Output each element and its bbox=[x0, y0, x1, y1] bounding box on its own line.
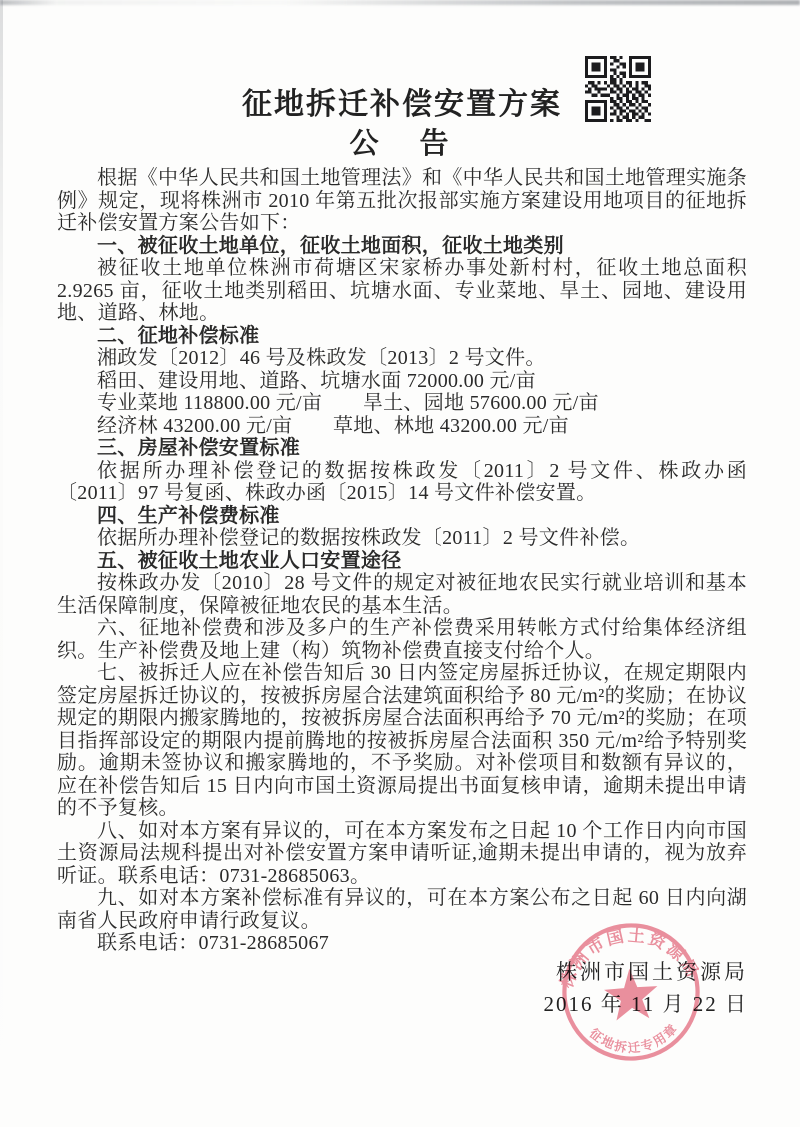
qr-module bbox=[620, 56, 623, 59]
qr-module bbox=[635, 62, 638, 65]
paragraph: 专业菜地 118800.00 元/亩 旱土、园地 57600.00 元/亩 bbox=[57, 392, 747, 415]
qr-module bbox=[613, 56, 616, 59]
qr-module bbox=[604, 69, 607, 72]
qr-module bbox=[616, 75, 619, 78]
qr-module bbox=[620, 78, 623, 81]
qr-module bbox=[645, 56, 648, 59]
qr-module bbox=[626, 81, 629, 84]
qr-module bbox=[648, 56, 651, 59]
qr-module bbox=[585, 75, 588, 78]
qr-module bbox=[588, 81, 591, 84]
qr-module bbox=[635, 81, 638, 84]
scan-edge-artifact-top bbox=[0, 0, 800, 5]
qr-module bbox=[642, 62, 645, 65]
qr-module bbox=[591, 69, 594, 72]
qr-module bbox=[645, 81, 648, 84]
qr-module bbox=[632, 75, 635, 78]
qr-module bbox=[610, 81, 613, 84]
qr-module bbox=[591, 62, 594, 65]
svg-text:征地拆迁专用章: 征地拆迁专用章 bbox=[585, 1019, 682, 1058]
qr-module bbox=[642, 81, 645, 84]
qr-module bbox=[594, 65, 597, 68]
section-heading: 一、被征收土地单位，征收土地面积，征收土地类别 bbox=[57, 235, 747, 258]
qr-module bbox=[610, 75, 613, 78]
qr-module bbox=[585, 69, 588, 72]
qr-module bbox=[610, 62, 613, 65]
qr-module bbox=[604, 62, 607, 65]
seal-banner-text: 征地拆迁专用章 bbox=[585, 1019, 682, 1058]
qr-module bbox=[638, 69, 641, 72]
qr-module bbox=[588, 56, 591, 59]
qr-module bbox=[648, 62, 651, 65]
qr-module bbox=[638, 65, 641, 68]
section-heading: 二、征地补偿标准 bbox=[57, 325, 747, 348]
qr-module bbox=[598, 65, 601, 68]
qr-module bbox=[601, 56, 604, 59]
qr-module bbox=[598, 62, 601, 65]
qr-module bbox=[638, 75, 641, 78]
qr-module bbox=[620, 81, 623, 84]
signature-block: 株洲市国土资源局 2016 年 11 月 22 日 bbox=[544, 956, 748, 1020]
qr-module bbox=[648, 72, 651, 75]
qr-module bbox=[613, 81, 616, 84]
qr-module bbox=[642, 69, 645, 72]
document-subtitle: 公 告 bbox=[57, 126, 747, 162]
qr-module bbox=[585, 72, 588, 75]
scanned-document-page: 征地拆迁补偿安置方案 公 告 根据《中华人民共和国土地管理法》和《中华人民共和国… bbox=[0, 0, 800, 1127]
section-heading: 五、被征收土地农业人口安置途径 bbox=[57, 550, 747, 573]
qr-module bbox=[623, 72, 626, 75]
qr-module bbox=[648, 69, 651, 72]
qr-module bbox=[604, 56, 607, 59]
qr-module bbox=[588, 75, 591, 78]
qr-module bbox=[613, 59, 616, 62]
qr-module bbox=[585, 65, 588, 68]
paragraph: 稻田、建设用地、道路、坑塘水面 72000.00 元/亩 bbox=[57, 370, 747, 393]
qr-module bbox=[623, 65, 626, 68]
qr-module bbox=[648, 65, 651, 68]
qr-module bbox=[623, 75, 626, 78]
qr-module bbox=[594, 75, 597, 78]
qr-module bbox=[623, 62, 626, 65]
paragraph: 六、征地补偿费和涉及多户的生产补偿费采用转帐方式付给集体经济组织。生产补偿费及地… bbox=[57, 617, 747, 662]
qr-module bbox=[598, 69, 601, 72]
qr-module bbox=[642, 56, 645, 59]
document-title: 征地拆迁补偿安置方案 bbox=[57, 86, 747, 124]
qr-module bbox=[616, 59, 619, 62]
paragraph: 湘政发〔2012〕46 号及株政发〔2013〕2 号文件。 bbox=[57, 347, 747, 370]
qr-module bbox=[585, 59, 588, 62]
qr-module bbox=[632, 56, 635, 59]
paragraph: 依据所办理补偿登记的数据按株政发〔2011〕2 号文件补偿。 bbox=[57, 527, 747, 550]
qr-module bbox=[629, 62, 632, 65]
qr-module bbox=[598, 81, 601, 84]
qr-module bbox=[591, 81, 594, 84]
qr-module bbox=[604, 65, 607, 68]
qr-module bbox=[585, 56, 588, 59]
qr-module bbox=[616, 65, 619, 68]
qr-module bbox=[629, 69, 632, 72]
qr-module bbox=[648, 75, 651, 78]
paragraph: 九、如对本方案补偿标准有异议的，可在本方案公布之日起 60 日内向湖南省人民政府… bbox=[57, 887, 747, 932]
qr-module bbox=[620, 62, 623, 65]
qr-module bbox=[648, 59, 651, 62]
qr-module bbox=[620, 72, 623, 75]
qr-module bbox=[610, 56, 613, 59]
qr-module bbox=[635, 65, 638, 68]
qr-module bbox=[601, 75, 604, 78]
qr-module bbox=[613, 69, 616, 72]
qr-module bbox=[613, 78, 616, 81]
qr-module bbox=[610, 69, 613, 72]
qr-module bbox=[604, 75, 607, 78]
qr-module bbox=[604, 72, 607, 75]
qr-module bbox=[598, 75, 601, 78]
qr-module bbox=[594, 56, 597, 59]
qr-module bbox=[585, 62, 588, 65]
document-body: 根据《中华人民共和国土地管理法》和《中华人民共和国土地管理实施条例》规定，现将株… bbox=[57, 167, 747, 955]
paragraph: 八、如对本方案有异议的，可在本方案发布之日起 10 个工作日内向市国土资源局法规… bbox=[57, 820, 747, 888]
section-heading: 四、生产补偿费标准 bbox=[57, 505, 747, 528]
qr-module bbox=[594, 62, 597, 65]
paragraph: 按株政办发〔2010〕28 号文件的规定对被征地农民实行就业培训和基本生活保障制… bbox=[57, 572, 747, 617]
qr-module bbox=[635, 75, 638, 78]
qr-module bbox=[598, 56, 601, 59]
qr-module bbox=[629, 56, 632, 59]
qr-module bbox=[635, 69, 638, 72]
section-heading: 三、房屋补偿安置标准 bbox=[57, 437, 747, 460]
qr-module bbox=[613, 72, 616, 75]
qr-module bbox=[629, 75, 632, 78]
qr-module bbox=[610, 78, 613, 81]
qr-module bbox=[604, 81, 607, 84]
paragraph: 依据所办理补偿登记的数据按株政发〔2011〕2 号文件、株政办函〔2011〕97… bbox=[57, 460, 747, 505]
document-content: 征地拆迁补偿安置方案 公 告 根据《中华人民共和国土地管理法》和《中华人民共和国… bbox=[57, 86, 747, 955]
paragraph: 被征收土地单位株洲市荷塘区宋家桥办事处新村村，征收土地总面积 2.9265 亩，… bbox=[57, 257, 747, 325]
qr-module bbox=[591, 56, 594, 59]
qr-module bbox=[591, 75, 594, 78]
qr-module bbox=[604, 59, 607, 62]
qr-module bbox=[635, 56, 638, 59]
qr-module bbox=[642, 75, 645, 78]
qr-module bbox=[629, 65, 632, 68]
qr-module bbox=[638, 56, 641, 59]
qr-module bbox=[638, 62, 641, 65]
qr-module bbox=[645, 75, 648, 78]
qr-module bbox=[591, 65, 594, 68]
paragraph: 根据《中华人民共和国土地管理法》和《中华人民共和国土地管理实施条例》规定，现将株… bbox=[57, 167, 747, 235]
qr-module bbox=[642, 65, 645, 68]
qr-module bbox=[594, 69, 597, 72]
qr-module bbox=[629, 72, 632, 75]
paragraph: 七、被拆迁人应在补偿告知后 30 日内签定房屋拆迁协议，在规定期限内签定房屋拆迁… bbox=[57, 662, 747, 820]
qr-module bbox=[629, 81, 632, 84]
scan-edge-artifact-left bbox=[0, 0, 3, 1127]
signature-org: 株洲市国土资源局 bbox=[544, 956, 748, 988]
qr-module bbox=[629, 59, 632, 62]
signature-date: 2016 年 11 月 22 日 bbox=[544, 988, 748, 1020]
paragraph: 经济林 43200.00 元/亩 草地、林地 43200.00 元/亩 bbox=[57, 415, 747, 438]
paragraph: 联系电话：0731-28685067 bbox=[57, 932, 747, 955]
